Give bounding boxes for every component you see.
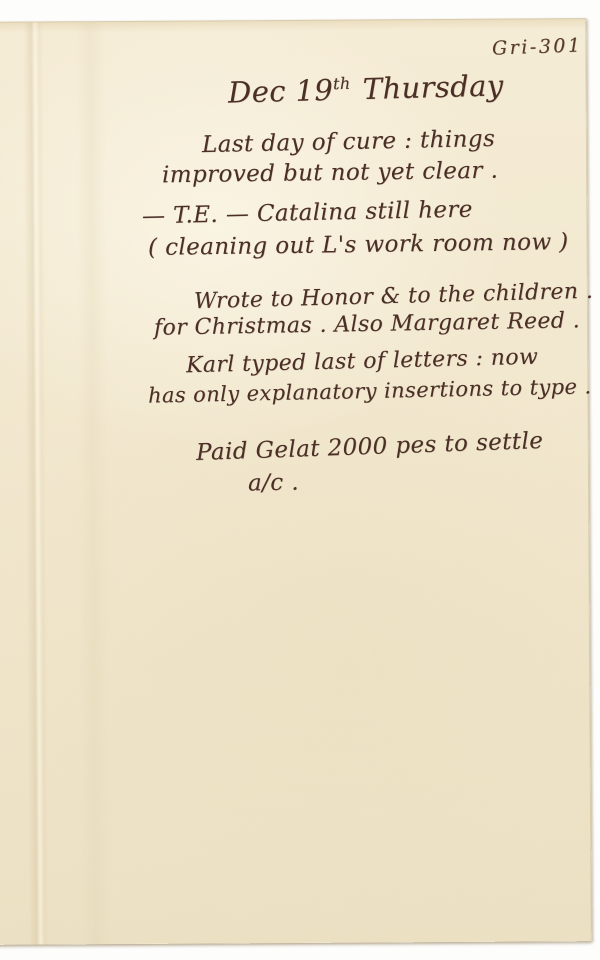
scanned-page: Gri-301 Dec 19thThursday Last day of cur… [0,0,600,960]
entry-line: a/c . [248,470,299,497]
entry-line: improved but not yet clear . [162,158,499,189]
archive-code: Gri-301 [492,34,583,59]
handwriting-layer: Gri-301 Dec 19thThursday Last day of cur… [0,0,600,960]
entry-date-heading: Dec 19thThursday [228,68,504,109]
entry-line: — T.E. — Catalina still here [142,197,473,230]
entry-line: Karl typed last of letters : now [186,345,539,379]
entry-line: has only explanatory insertions to type … [148,374,592,407]
entry-line: Last day of cure : things [202,126,496,158]
entry-line: Paid Gelat 2000 pes to settle [196,428,544,466]
date-weekday: Thursday [362,68,504,106]
entry-line: ( cleaning out L's work room now ) [148,229,569,261]
date-day: Dec 19 [228,73,334,110]
date-ordinal: th [333,74,351,93]
